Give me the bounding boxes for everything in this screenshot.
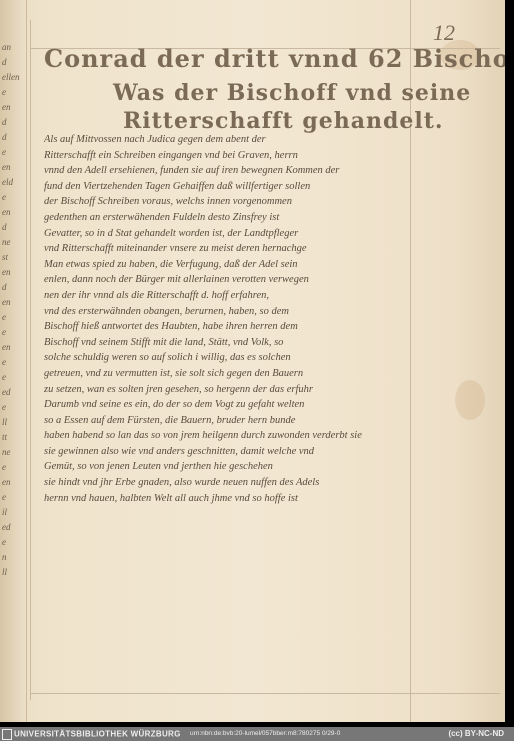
- heading-line-2: Was der Bischoff vnd seine: [113, 80, 471, 106]
- license-badge[interactable]: (cc) BY-NC-ND: [448, 729, 504, 738]
- margin-note: ll: [2, 565, 28, 580]
- margin-note: e: [2, 325, 28, 340]
- body-line: Bischoff vnd seinem Stifft mit die land,…: [44, 335, 416, 351]
- margin-note: d: [2, 280, 28, 295]
- margin-note: ellen: [2, 70, 28, 85]
- margin-note: en: [2, 265, 28, 280]
- body-line: zu setzen, wan es solten jren gesehen, s…: [44, 382, 416, 398]
- margin-note: en: [2, 340, 28, 355]
- margin-rule-bottom: [30, 693, 500, 694]
- license-label: BY-NC-ND: [465, 729, 504, 738]
- cc-icon: (cc): [448, 729, 464, 738]
- body-line: hernn vnd hauen, halbten Welt all auch j…: [44, 491, 416, 507]
- body-line: sie hindt vnd jhr Erbe gnaden, also wurd…: [44, 475, 416, 491]
- body-line: gedenthen an ersterwähenden Fuldeln dest…: [44, 210, 416, 226]
- margin-note: e: [2, 310, 28, 325]
- margin-note: ll: [2, 415, 28, 430]
- body-line: Gemüt, so von jenen Leuten vnd jerthen h…: [44, 459, 416, 475]
- heading-line-3: Ritterschafft gehandelt.: [123, 108, 444, 134]
- margin-note: e: [2, 145, 28, 160]
- margin-note: e: [2, 355, 28, 370]
- body-line: Als auf Mittvossen nach Judica gegen dem…: [44, 132, 416, 148]
- institution-name: UNIVERSITÄTSBIBLIOTHEK WÜRZBURG: [14, 730, 181, 739]
- body-line: nen der ihr vnnd als die Ritterschafft d…: [44, 288, 416, 304]
- body-line: enlen, dann noch der Bürger mit allerlai…: [44, 272, 416, 288]
- body-line: Bischoff hieß antwortet des Haubten, hab…: [44, 319, 416, 335]
- margin-note: ed: [2, 520, 28, 535]
- margin-note: eld: [2, 175, 28, 190]
- institution-logo[interactable]: UNIVERSITÄTSBIBLIOTHEK WÜRZBURG: [2, 729, 181, 740]
- logo-icon: [2, 729, 12, 740]
- margin-note: ne: [2, 445, 28, 460]
- margin-note: e: [2, 460, 28, 475]
- margin-note: st: [2, 250, 28, 265]
- margin-note: d: [2, 55, 28, 70]
- margin-note: d: [2, 115, 28, 130]
- margin-note: tt: [2, 430, 28, 445]
- margin-note: d: [2, 130, 28, 145]
- margin-note: en: [2, 475, 28, 490]
- margin-note: d: [2, 220, 28, 235]
- margin-note: n: [2, 550, 28, 565]
- margin-note: en: [2, 160, 28, 175]
- manuscript-page: 12 Conrad der dritt vnnd 62 Bischoff Was…: [0, 0, 505, 722]
- margin-note: e: [2, 85, 28, 100]
- margin-note: e: [2, 490, 28, 505]
- body-line: vnd des ersterwähnden obangen, berurnen,…: [44, 304, 416, 320]
- urn-text: urn:nbn:de:bvb:20-lumel/057bber:m8:78027…: [190, 730, 340, 737]
- margin-notes: andelleneenddeeneldeendnestendeneeeneeed…: [2, 40, 28, 580]
- footer-bar: UNIVERSITÄTSBIBLIOTHEK WÜRZBURG urn:nbn:…: [0, 727, 514, 741]
- margin-note: en: [2, 295, 28, 310]
- heading-line-1: Conrad der dritt vnnd 62 Bischoff: [44, 44, 505, 73]
- margin-note: ne: [2, 235, 28, 250]
- margin-note: ed: [2, 385, 28, 400]
- body-line: Ritterschafft ein Schreiben eingangen vn…: [44, 148, 416, 164]
- margin-note: en: [2, 205, 28, 220]
- body-line: der Bischoff Schreiben voraus, welchs in…: [44, 194, 416, 210]
- body-line: getreuen, vnd zu vermutten ist, sie solt…: [44, 366, 416, 382]
- body-line: vnd Ritterschafft miteinander vnsere zu …: [44, 241, 416, 257]
- body-text: Als auf Mittvossen nach Judica gegen dem…: [44, 132, 416, 506]
- margin-note: il: [2, 505, 28, 520]
- folio-number: 12: [433, 20, 455, 46]
- margin-note: e: [2, 400, 28, 415]
- body-line: Man etwas spied zu haben, die Verfugung,…: [44, 257, 416, 273]
- body-line: haben habend so lan das so von jrem heil…: [44, 428, 416, 444]
- margin-note: e: [2, 190, 28, 205]
- margin-note: e: [2, 370, 28, 385]
- body-line: solche schuldig weren so auf solich i wi…: [44, 350, 416, 366]
- stain: [455, 380, 485, 420]
- body-line: sie gewinnen also wie vnd anders geschni…: [44, 444, 416, 460]
- margin-rule-left: [30, 20, 31, 700]
- margin-note: en: [2, 100, 28, 115]
- body-line: vnnd den Adell ersehienen, funden sie au…: [44, 163, 416, 179]
- body-line: fund den Viertzehenden Tagen Gehaiffen d…: [44, 179, 416, 195]
- body-line: Gevatter, so in d Stat gehandelt worden …: [44, 226, 416, 242]
- margin-note: an: [2, 40, 28, 55]
- margin-note: e: [2, 535, 28, 550]
- body-line: so a Essen auf dem Fürsten, die Bauern, …: [44, 413, 416, 429]
- body-line: Darumb vnd seine es ein, do der so dem V…: [44, 397, 416, 413]
